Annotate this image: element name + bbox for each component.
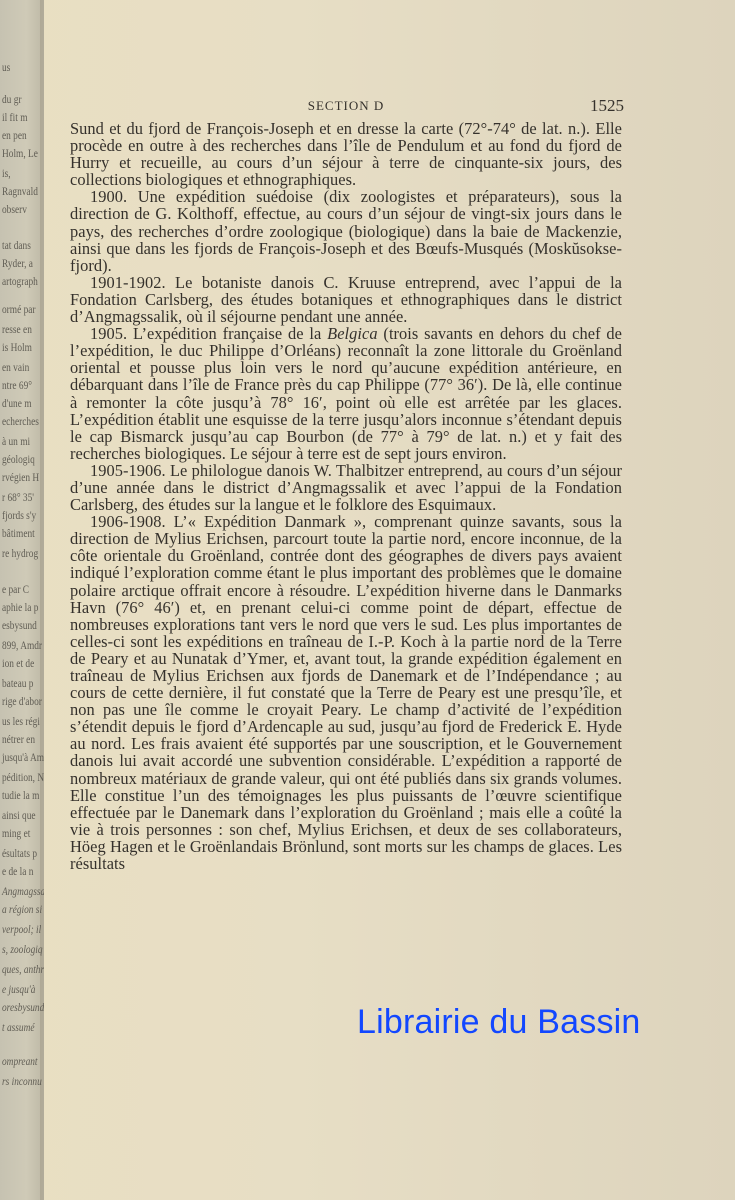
adjacent-page-text-fragment: us [2,60,10,75]
adjacent-page-text-fragment: ésultats p [2,846,37,861]
adjacent-page-text-fragment: is Holm [2,340,32,355]
paragraph-text: Une expédition suédoise (dix zoologistes… [70,187,622,274]
book-page: SECTION D 1525 Sund et du fjord de Franç… [70,96,622,872]
adjacent-page-text-fragment: r 68° 35' [2,490,34,505]
paragraph-1901-1902: 1901-1902. Le botaniste danois C. Kruuse… [70,274,622,325]
adjacent-page-text-fragment: bâtiment [2,526,35,541]
adjacent-page-text-fragment: géologiq [2,452,35,467]
seller-watermark: Librairie du Bassin [357,1003,641,1042]
adjacent-page-text-fragment: Ragnvald [2,184,38,199]
paragraph-continuation: Sund et du fjord de François-Joseph et e… [70,120,622,188]
adjacent-page-text-fragment: nétrer en [2,732,35,747]
adjacent-page-text-fragment: en pen [2,128,27,143]
adjacent-page-text-fragment: rvégien H [2,470,39,485]
paragraph-1905: 1905. L’expédition française de la Belgi… [70,325,622,462]
adjacent-page-text-fragment: s, zoologiq [2,942,43,957]
adjacent-page-text-fragment: fjords s'y [2,508,36,523]
adjacent-page-text-fragment: du gr [2,92,22,107]
adjacent-page-text-fragment: rige d'abor [2,694,42,709]
adjacent-page-text-fragment: e de la n [2,864,33,879]
body-text: Sund et du fjord de François-Joseph et e… [70,120,622,872]
adjacent-page-text-fragment: Ryder, a [2,256,33,271]
adjacent-page-text-fragment: ming et [2,826,30,841]
paragraph-text: L’« Expédition Danmark », comprenant qui… [70,512,622,873]
adjacent-page-text-fragment: pédition, N [2,770,44,785]
adjacent-page-text-fragment: echerches [2,414,39,429]
adjacent-page-text-fragment: e par C [2,582,29,597]
adjacent-page-text-fragment: ompreant [2,1054,38,1069]
adjacent-page-text-fragment: us les régi [2,714,40,729]
paragraph-text: (trois savants en dehors du chef de l’ex… [70,324,622,463]
page-number: 1525 [590,96,624,116]
adjacent-page-text-fragment: d'une m [2,396,32,411]
book-gutter-shadow [40,0,44,1200]
adjacent-page-text-fragment: ion et de [2,656,34,671]
section-title: SECTION D [70,98,622,114]
adjacent-page-text-fragment: tat dans [2,238,31,253]
paragraph-1906-1908: 1906-1908. L’« Expédition Danmark », com… [70,513,622,872]
adjacent-page-text-fragment: aphie la p [2,600,38,615]
adjacent-page-text-fragment: e jusqu'à [2,982,35,997]
adjacent-page-text-fragment: 899, Amdr [2,638,42,653]
running-header: SECTION D 1525 [70,96,622,120]
adjacent-page-text-fragment: ques, anthr [2,962,44,977]
adjacent-page-text-fragment: a région si [2,902,42,917]
adjacent-page-text-fragment: Angmagssali [2,884,44,899]
adjacent-page-text-fragment: re hydrog [2,546,38,561]
adjacent-page-text-fragment: Holm, Le [2,146,38,161]
adjacent-page-text-fragment: ntre 69° [2,378,32,393]
adjacent-page-text-fragment: il fit m [2,110,27,125]
adjacent-page-text-fragment: en vain [2,360,29,375]
adjacent-page-text-fragment: à un mi [2,434,30,449]
adjacent-page-text-fragment: verpool; il [2,922,41,937]
adjacent-page-text-fragment: artograph [2,274,38,289]
adjacent-page-text-fragment: bateau p [2,676,33,691]
adjacent-page-text-fragment: jusqu'à Am [2,750,44,765]
adjacent-page-text-fragment: rs inconnu [2,1074,42,1089]
adjacent-page-text-fragment: esbysund [2,618,37,633]
adjacent-page-text-fragment: oresbysund [2,1000,44,1015]
adjacent-page-text-fragment: observ [2,202,27,217]
adjacent-page-text-fragment: tudie la m [2,788,39,803]
adjacent-page-text-fragment: resse en [2,322,32,337]
paragraph-1900: 1900. Une expédition suédoise (dix zoolo… [70,188,622,273]
paragraph-text: Sund et du fjord de François-Joseph et e… [70,119,622,189]
adjacent-page-text-fragment: ormé par [2,302,36,317]
adjacent-page-text-fragment: t assumé [2,1020,35,1035]
adjacent-page-text-fragment: is, [2,166,11,181]
adjacent-page-text-fragment: ainsi que [2,808,36,823]
paragraph-1905-1906: 1905-1906. Le philologue danois W. Thalb… [70,462,622,513]
adjacent-left-page-strip: usdu gril fit men penHolm, Leis,Ragnvald… [0,0,44,1200]
